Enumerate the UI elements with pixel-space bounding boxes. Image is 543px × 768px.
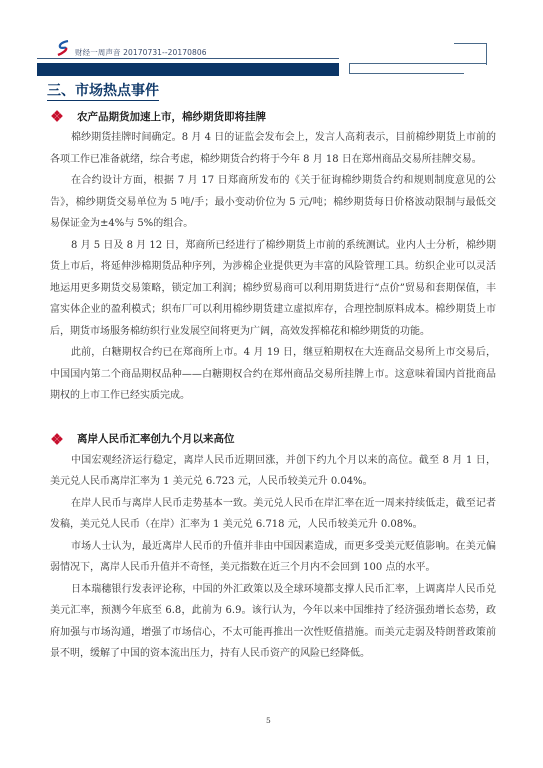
header-decoration (349, 73, 464, 74)
diamond-bullet-icon (52, 434, 62, 444)
header-divider (37, 58, 339, 59)
paragraph: 中国宏观经济运行稳定，离岸人民币近期回涨，并创下约九个月以来的高位。截至 8 月… (50, 450, 496, 493)
topic-heading: 农产品期货加速上市，棉纱期货即将挂牌 (50, 106, 496, 126)
paragraph: 日本瑞穗银行发表评论称，中国的外汇政策以及全球环境都支撑人民币汇率，上调离岸人民… (50, 579, 496, 665)
header-decoration (349, 63, 486, 64)
header-decoration (454, 43, 487, 65)
document-body: 农产品期货加速上市，棉纱期货即将挂牌 棉纱期货挂牌时间确定。8 月 4 日的证监… (50, 106, 496, 665)
paragraph: 在岸人民币与离岸人民币走势基本一致。美元兑人民币在岸汇率在近一周来持续低走，截至… (50, 493, 496, 536)
header-bar (37, 63, 339, 76)
header-title: 财经一周声音 20170731--20170806 (75, 47, 207, 58)
swoosh-logo-icon (55, 40, 71, 56)
page-header: 财经一周声音 20170731--20170806 (0, 0, 543, 80)
header-decoration (349, 63, 350, 73)
paragraph: 此前，白糖期权合约已在郑商所上市。4 月 19 日，继豆粕期权在大连商品交易所上… (50, 342, 496, 407)
paragraph: 棉纱期货挂牌时间确定。8 月 4 日的证监会发布会上，发言人高莉表示，目前棉纱期… (50, 127, 496, 170)
topic-heading: 离岸人民币汇率创九个月以来高位 (50, 429, 496, 449)
spacer (50, 407, 496, 429)
page-number: 5 (266, 716, 271, 725)
paragraph: 在合约设计方面，根据 7 月 17 日郑商所发布的《关于征询棉纱期货合约和规则制… (50, 170, 496, 235)
paragraph: 市场人士认为，最近离岸人民币的升值并非由中国因素造成，而更多受美元贬值影响。在美… (50, 536, 496, 579)
diamond-bullet-icon (52, 111, 62, 121)
paragraph: 8 月 5 日及 8 月 12 日，郑商所已经进行了棉纱期货上市前的系统测试。业… (50, 235, 496, 343)
topic-heading-text: 农产品期货加速上市，棉纱期货即将挂牌 (77, 109, 266, 124)
topic-heading-text: 离岸人民币汇率创九个月以来高位 (77, 431, 235, 446)
section-title: 三、市场热点事件 (47, 82, 159, 101)
